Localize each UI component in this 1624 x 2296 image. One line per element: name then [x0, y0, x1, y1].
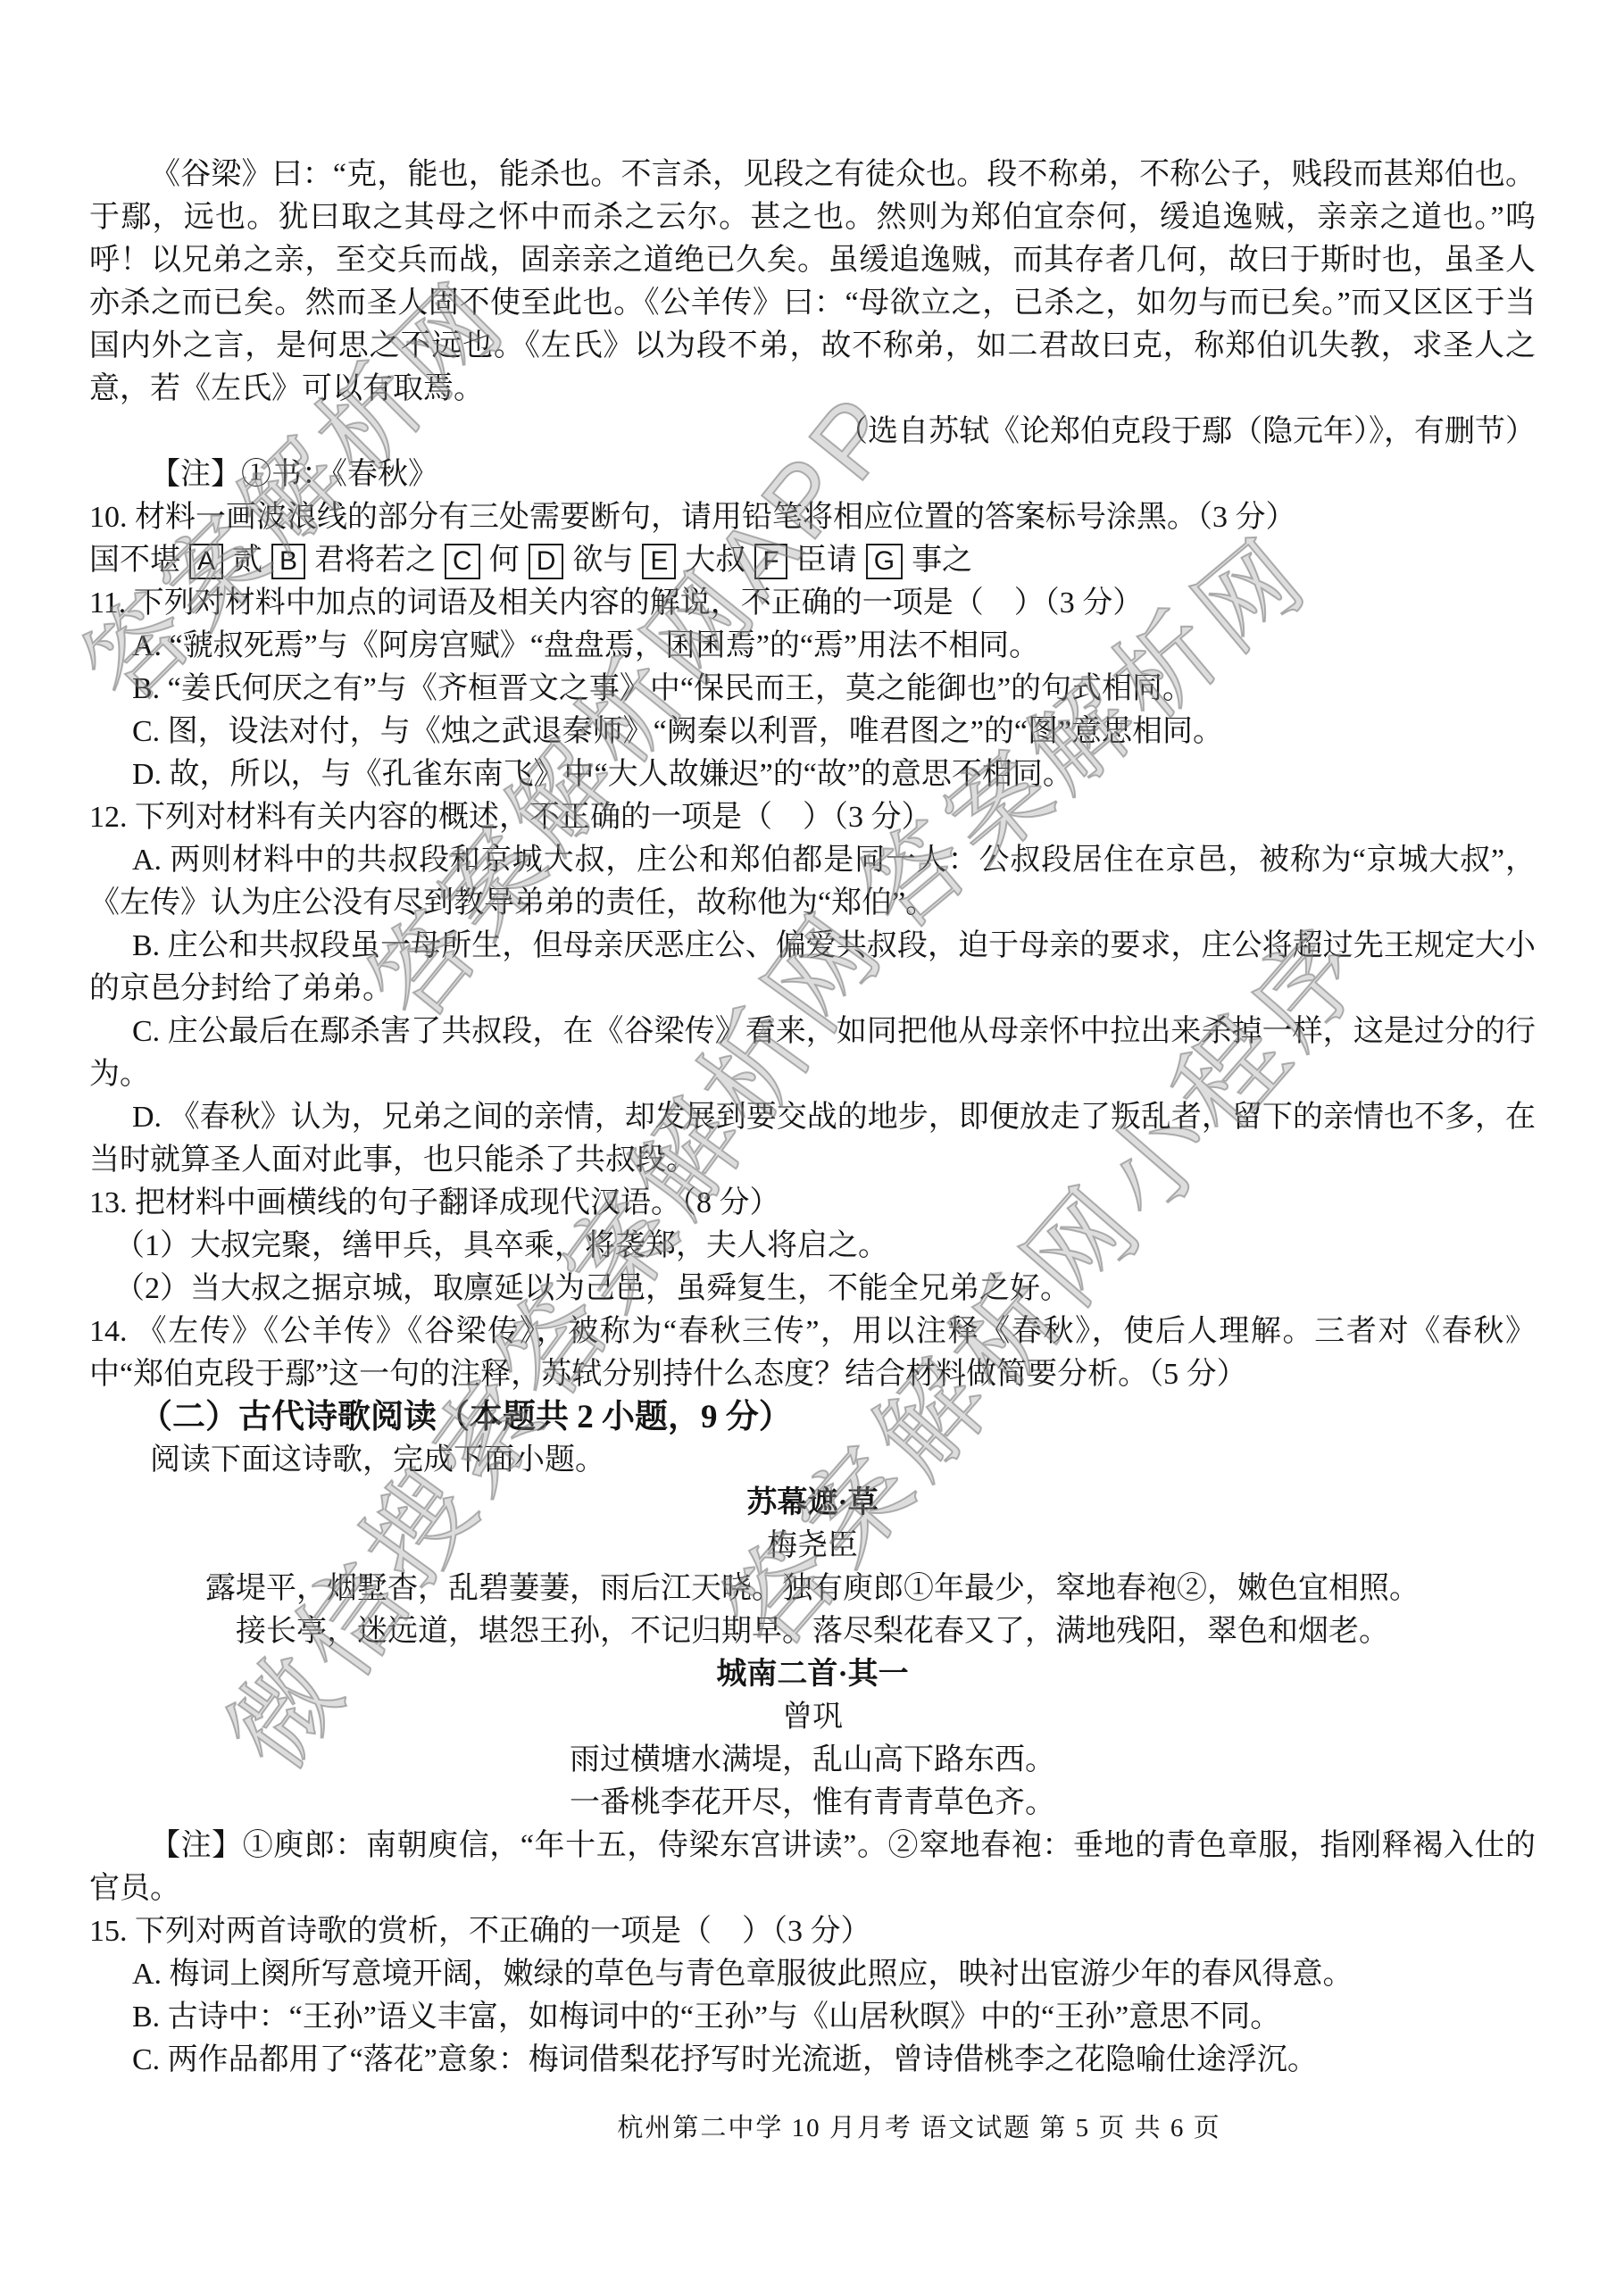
answer-mark-box-g: G — [866, 544, 903, 579]
q10-segmentation-line: 国不堪A贰B君将若之C何D欲与E大叔F臣请G事之 — [89, 539, 1536, 582]
poem1-title: 苏幕遮·草 — [89, 1482, 1536, 1525]
answer-mark-box-f: F — [754, 544, 787, 579]
exam-content: 《谷梁》曰：“克，能也，能杀也。不言杀，见段之有徒众也。段不称弟，不称公子，贱段… — [89, 154, 1536, 2082]
passage-source: （选自苏轼《论郑伯克段于鄢（隐元年）》，有删节） — [89, 411, 1536, 453]
poem2-line-2: 一番桃李花开尽，惟有青青草色齐。 — [89, 1782, 1536, 1825]
q12-stem: 12. 下列对材料有关内容的概述，不正确的一项是（ ）（3 分） — [89, 796, 1536, 839]
q11-option-a: A. “虢叔死焉”与《阿房宫赋》“盘盘焉，囷囷焉”的“焉”用法不相同。 — [89, 625, 1536, 668]
q11-option-d: D. 故，所以，与《孔雀东南飞》中“大人故嫌迟”的“故”的意思不相同。 — [89, 753, 1536, 796]
q12-option-c: C. 庄公最后在鄢杀害了共叔段，在《谷梁传》看来，如同把他从母亲怀中拉出来杀掉一… — [89, 1011, 1536, 1096]
q12-option-b: B. 庄公和共叔段虽一母所生，但母亲厌恶庄公、偏爱共叔段，迫于母亲的要求，庄公将… — [89, 925, 1536, 1011]
answer-mark-box-d: D — [529, 544, 564, 579]
q15-stem: 15. 下列对两首诗歌的赏析，不正确的一项是（ ）（3 分） — [89, 1910, 1536, 1953]
poem1-line-1: 露堤平，烟墅杳，乱碧萋萋，雨后江天晓。独有庾郎①年最少，窣地春袍②，嫩色宜相照。 — [89, 1568, 1536, 1610]
q11-option-c: C. 图，设法对付，与《烛之武退秦师》“阙秦以利晋，唯君图之”的“图”意思相同。 — [89, 711, 1536, 753]
passage-note: 【注】①书：《春秋》 — [89, 453, 1536, 496]
q13-item-1: （1）大叔完聚，缮甲兵，具卒乘，将袭郑，夫人将启之。 — [89, 1225, 1536, 1268]
page-footer: 杭州第二中学 10 月月考 语文试题 第 5 页 共 6 页 — [0, 2107, 1624, 2150]
poetry-note: 【注】①庾郎：南朝庾信，“年十五，侍梁东宫讲读”。②窣地春袍：垂地的青色章服，指… — [89, 1825, 1536, 1910]
poem2-title: 城南二首·其一 — [89, 1653, 1536, 1696]
q12-option-d: D. 《春秋》认为，兄弟之间的亲情，却发展到要交战的地步，即便放走了叛乱者，留下… — [89, 1096, 1536, 1182]
answer-mark-box-a: A — [189, 544, 223, 579]
poem2-author: 曾巩 — [89, 1696, 1536, 1739]
q15-option-b: B. 古诗中：“王孙”语义丰富，如梅词中的“王孙”与《山居秋暝》中的“王孙”意思… — [89, 1996, 1536, 2039]
poem2-line-1: 雨过横塘水满堤，乱山高下路东西。 — [89, 1739, 1536, 1782]
poetry-intro: 阅读下面这诗歌，完成下面小题。 — [89, 1439, 1536, 1482]
q13-stem: 13. 把材料中画横线的句子翻译成现代汉语。（8 分） — [89, 1182, 1536, 1225]
q11-option-b: B. “姜氏何厌之有”与《齐桓晋文之事》中“保民而王，莫之能御也”的句式相同。 — [89, 668, 1536, 711]
q10-stem: 10. 材料一画波浪线的部分有三处需要断句，请用铅笔将相应位置的答案标号涂黑。（… — [89, 496, 1536, 539]
answer-mark-box-b: B — [271, 544, 305, 579]
answer-mark-box-c: C — [445, 544, 480, 579]
q15-option-c: C. 两作品都用了“落花”意象：梅词借梨花抒写时光流逝，曾诗借桃李之花隐喻仕途浮… — [89, 2039, 1536, 2082]
passage-paragraph: 《谷梁》曰：“克，能也，能杀也。不言杀，见段之有徒众也。段不称弟，不称公子，贱段… — [89, 154, 1536, 411]
q13-item-2: （2）当大叔之据京城，取廪延以为己邑，虽舜复生，不能全兄弟之好。 — [89, 1268, 1536, 1310]
poem1-author: 梅尧臣 — [89, 1525, 1536, 1568]
q12-option-a: A. 两则材料中的共叔段和京城大叔，庄公和郑伯都是同一人：公叔段居住在京邑，被称… — [89, 839, 1536, 925]
q11-stem: 11. 下列对材料中加点的词语及相关内容的解说，不正确的一项是（ ）（3 分） — [89, 582, 1536, 625]
answer-mark-box-e: E — [642, 544, 676, 579]
q15-option-a: A. 梅词上阕所写意境开阔，嫩绿的草色与青色章服彼此照应，映衬出宦游少年的春风得… — [89, 1953, 1536, 1996]
section-heading-poetry: （二）古代诗歌阅读（本题共 2 小题，9 分） — [89, 1396, 1536, 1439]
exam-paper-page: 《谷梁》曰：“克，能也，能杀也。不言杀，见段之有徒众也。段不称弟，不称公子，贱段… — [0, 0, 1624, 2296]
poem1-line-2: 接长亭，迷远道，堪怨王孙，不记归期早。落尽梨花春又了，满地残阳，翠色和烟老。 — [89, 1610, 1536, 1653]
q14-stem: 14. 《左传》《公羊传》《谷梁传》，被称为“春秋三传”，用以注释《春秋》，使后… — [89, 1310, 1536, 1396]
